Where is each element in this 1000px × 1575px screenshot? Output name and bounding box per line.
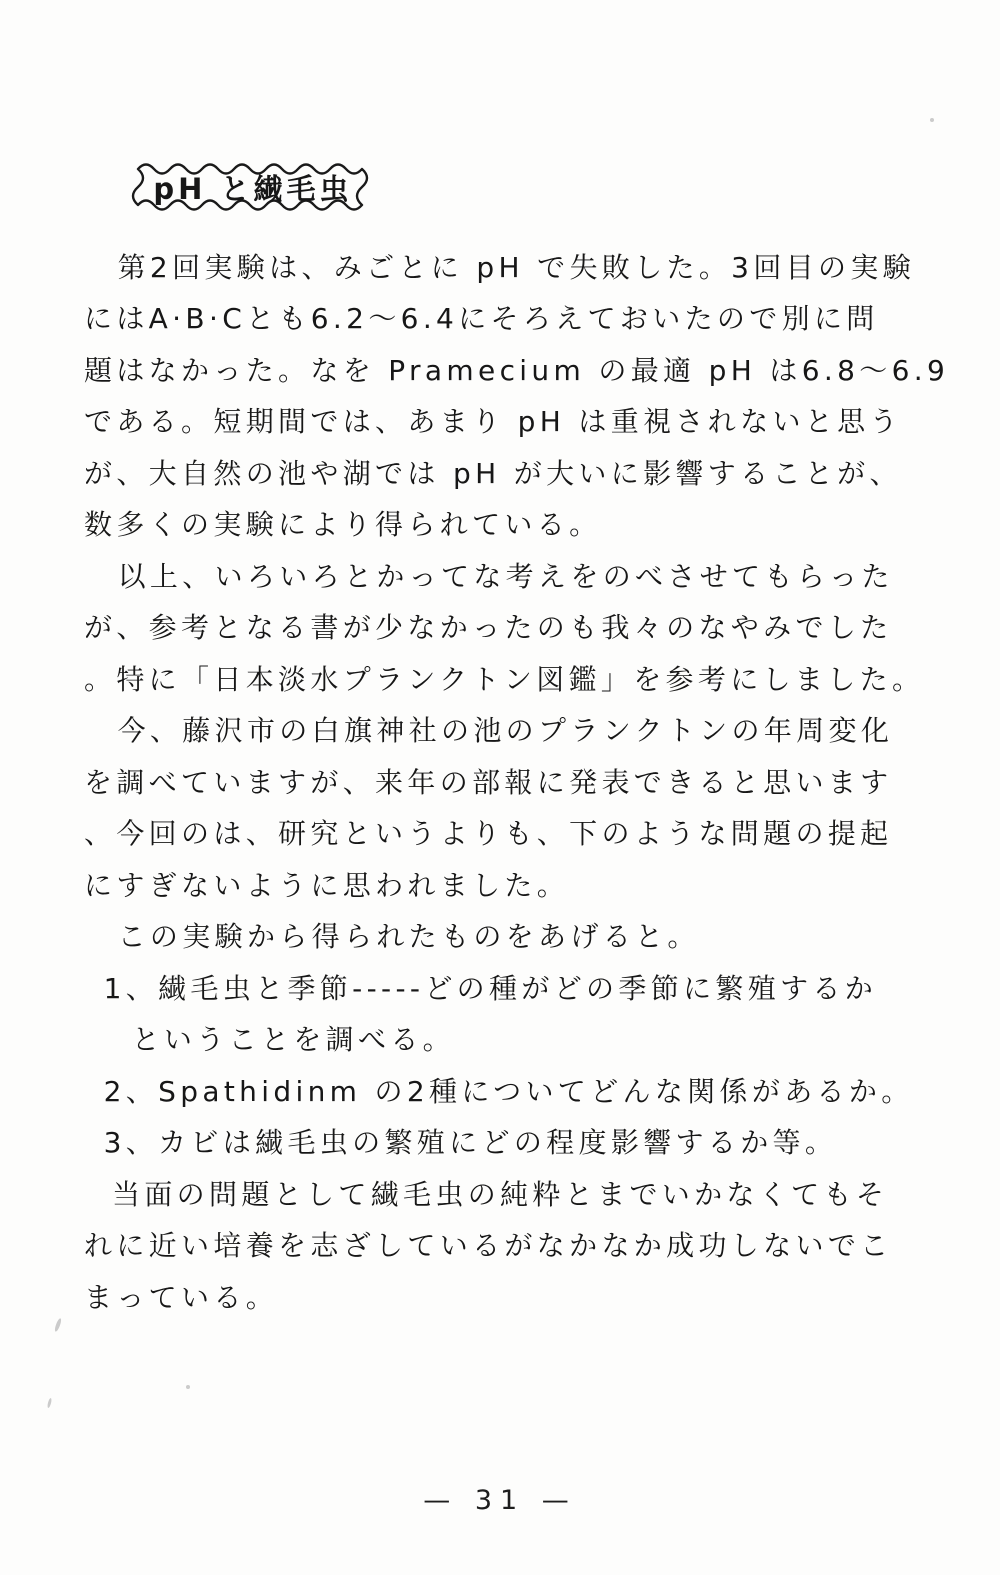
text-line: 、今回のは、研究というよりも、下のような問題の提起: [84, 807, 954, 859]
text-line: ということを調べる。: [84, 1013, 954, 1065]
text-line: まっている。: [84, 1270, 954, 1322]
scan-speck: [47, 1398, 52, 1408]
scan-speck: [54, 1318, 63, 1333]
text-line: 2、Spathidinm の2種についてどんな関係があるか。: [84, 1064, 954, 1116]
text-line: 3、カビは繊毛虫の繁殖にどの程度影響するか等。: [84, 1116, 954, 1168]
text-line: 第2回実験は、みごとに pH で失敗した。3回目の実験: [84, 240, 954, 292]
scanned-document-page: pH と繊毛虫 第2回実験は、みごとに pH で失敗した。3回目の実験にはA·B…: [0, 0, 1000, 1575]
text-line: を調べていますが、来年の部報に発表できると思います: [84, 755, 954, 807]
text-line: である。短期間では、あまり pH は重視されないと思う: [84, 395, 954, 447]
scan-speck: [186, 1385, 190, 1389]
text-line: が、大自然の池や湖では pH が大いに影響することが、: [84, 446, 954, 498]
text-line: にすぎないように思われました。: [84, 858, 954, 910]
text-line: 今、藤沢市の白旗神社の池のプランクトンの年周変化: [84, 704, 954, 756]
text-line: が、参考となる書が少なかったのも我々のなやみでした: [84, 601, 954, 653]
text-line: 数多くの実験により得られている。: [84, 498, 954, 550]
text-line: にはA·B·Cとも6.2〜6.4にそろえておいたので別に問: [84, 292, 954, 344]
text-line: 当面の問題として繊毛虫の純粋とまでいかなくてもそ: [84, 1167, 954, 1219]
body-text: 第2回実験は、みごとに pH で失敗した。3回目の実験にはA·B·Cとも6.2〜…: [84, 240, 954, 1322]
scan-speck: [930, 118, 934, 122]
text-line: 。特に「日本淡水プランクトン図鑑」を参考にしました。: [84, 652, 954, 704]
text-line: れに近い培養を志ざしているがなかなか成功しないでこ: [84, 1219, 954, 1271]
page-number: — 31 —: [0, 1485, 1000, 1516]
text-line: 1、繊毛虫と季節-----どの種がどの季節に繁殖するか: [84, 961, 954, 1013]
text-line: 題はなかった。なを Pramecium の最適 pH は6.8〜6.9: [84, 343, 954, 395]
text-line: この実験から得られたものをあげると。: [84, 910, 954, 962]
title-box: pH と繊毛虫: [124, 155, 382, 219]
text-line: 以上、いろいろとかってな考えをのべさせてもらった: [84, 549, 954, 601]
page-title: pH と繊毛虫: [124, 155, 382, 219]
